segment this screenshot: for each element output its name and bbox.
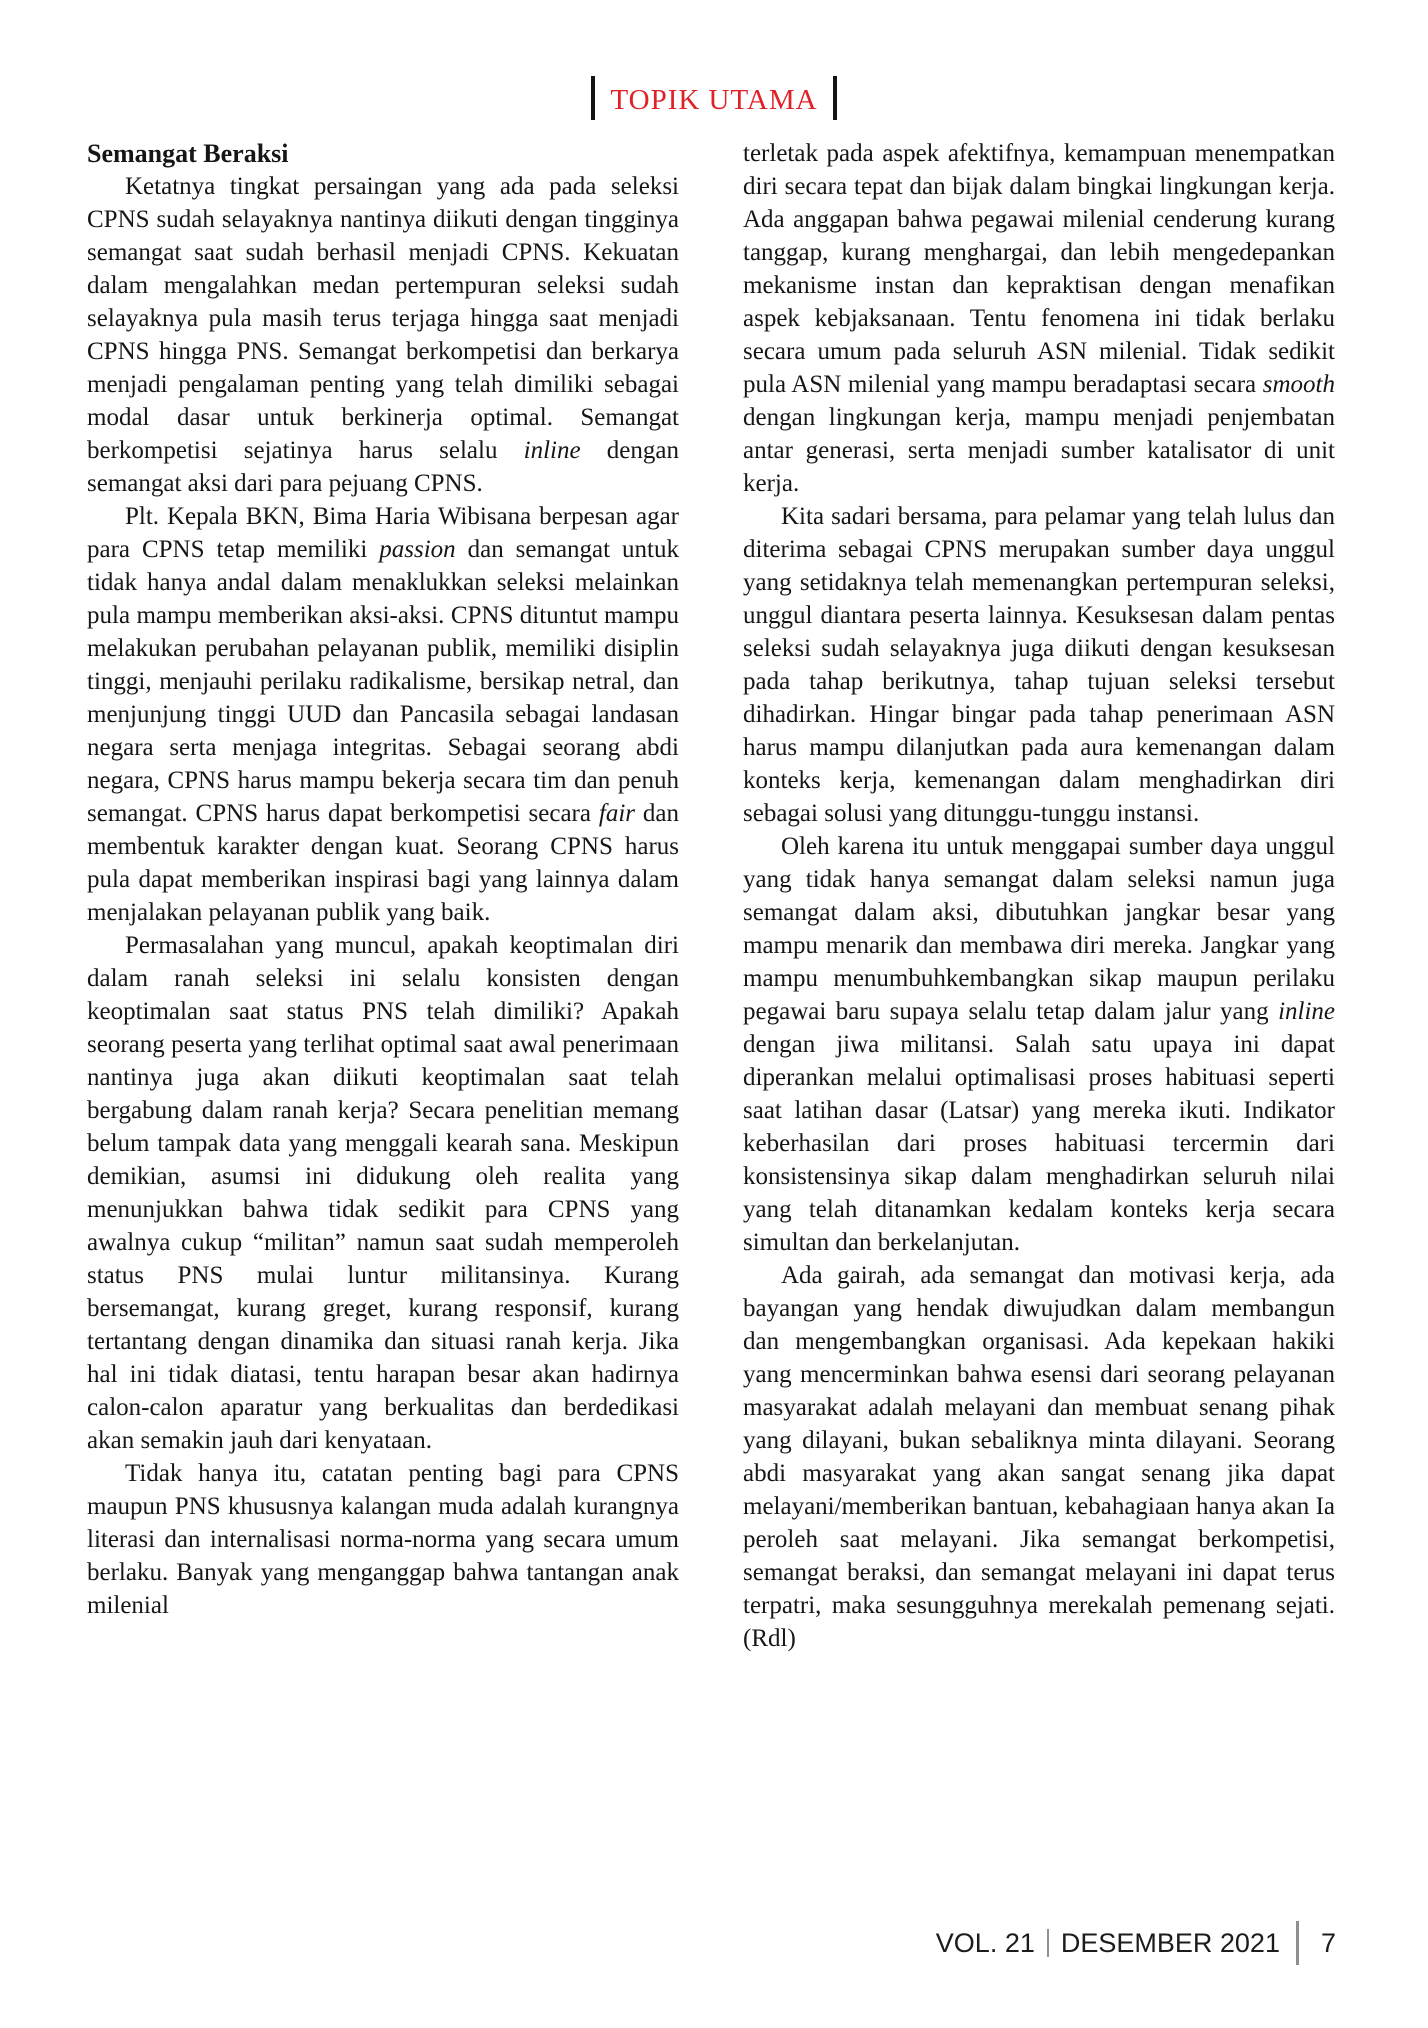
paragraph: Permasalahan yang muncul, apakah keoptim… bbox=[87, 929, 679, 1457]
page: TOPIK UTAMA Semangat Beraksi Ketatnya ti… bbox=[0, 0, 1428, 2028]
paragraph: Ketatnya tingkat persaingan yang ada pad… bbox=[87, 170, 679, 500]
paragraph: Plt. Kepala BKN, Bima Haria Wibisana ber… bbox=[87, 500, 679, 929]
page-header: TOPIK UTAMA bbox=[0, 76, 1428, 120]
text-segment: dan semangat untuk tidak hanya andal dal… bbox=[87, 536, 679, 827]
text-segment: Tidak hanya itu, catatan penting bagi pa… bbox=[87, 1460, 679, 1619]
footer-issue: DESEMBER 2021 bbox=[1061, 1928, 1280, 1959]
header-right-bar bbox=[833, 76, 837, 120]
right-column: terletak pada aspek afektifnya, kemampua… bbox=[743, 137, 1335, 1897]
text-segment: Ketatnya tingkat persaingan yang ada pad… bbox=[87, 173, 679, 464]
footer-volume: VOL. 21 bbox=[936, 1928, 1035, 1959]
left-column-paragraphs: Ketatnya tingkat persaingan yang ada pad… bbox=[87, 170, 679, 1622]
text-segment: dengan jiwa militansi. Salah satu upaya … bbox=[743, 1031, 1335, 1256]
italic-text-segment: fair bbox=[599, 800, 635, 827]
header-left-bar bbox=[591, 76, 595, 120]
footer-separator-thin bbox=[1047, 1929, 1049, 1957]
section-title: TOPIK UTAMA bbox=[610, 84, 817, 117]
text-segment: Ada gairah, ada semangat dan motivasi ke… bbox=[743, 1262, 1335, 1652]
paragraph: Ada gairah, ada semangat dan motivasi ke… bbox=[743, 1259, 1335, 1655]
text-segment: Kita sadari bersama, para pelamar yang t… bbox=[743, 503, 1335, 827]
italic-text-segment: inline bbox=[524, 437, 581, 464]
text-segment: dengan lingkungan kerja, mampu menjadi p… bbox=[743, 404, 1335, 497]
text-segment: Permasalahan yang muncul, apakah keoptim… bbox=[87, 932, 679, 1454]
text-segment: terletak pada aspek afektifnya, kemampua… bbox=[743, 140, 1335, 398]
italic-text-segment: smooth bbox=[1263, 371, 1335, 398]
paragraph: Kita sadari bersama, para pelamar yang t… bbox=[743, 500, 1335, 830]
paragraph: terletak pada aspek afektifnya, kemampua… bbox=[743, 137, 1335, 500]
page-footer: VOL. 21 DESEMBER 2021 7 bbox=[936, 1921, 1336, 1965]
right-column-paragraphs: terletak pada aspek afektifnya, kemampua… bbox=[743, 137, 1335, 1655]
text-segment: Oleh karena itu untuk menggapai sumber d… bbox=[743, 833, 1335, 1025]
italic-text-segment: inline bbox=[1278, 998, 1335, 1025]
left-column: Semangat Beraksi Ketatnya tingkat persai… bbox=[87, 137, 679, 1897]
article-heading: Semangat Beraksi bbox=[87, 137, 679, 170]
italic-text-segment: passion bbox=[379, 536, 455, 563]
article-body: Semangat Beraksi Ketatnya tingkat persai… bbox=[87, 137, 1336, 1897]
footer-page-number: 7 bbox=[1321, 1928, 1336, 1959]
paragraph: Tidak hanya itu, catatan penting bagi pa… bbox=[87, 1457, 679, 1622]
footer-separator-thick bbox=[1296, 1921, 1299, 1965]
paragraph: Oleh karena itu untuk menggapai sumber d… bbox=[743, 830, 1335, 1259]
